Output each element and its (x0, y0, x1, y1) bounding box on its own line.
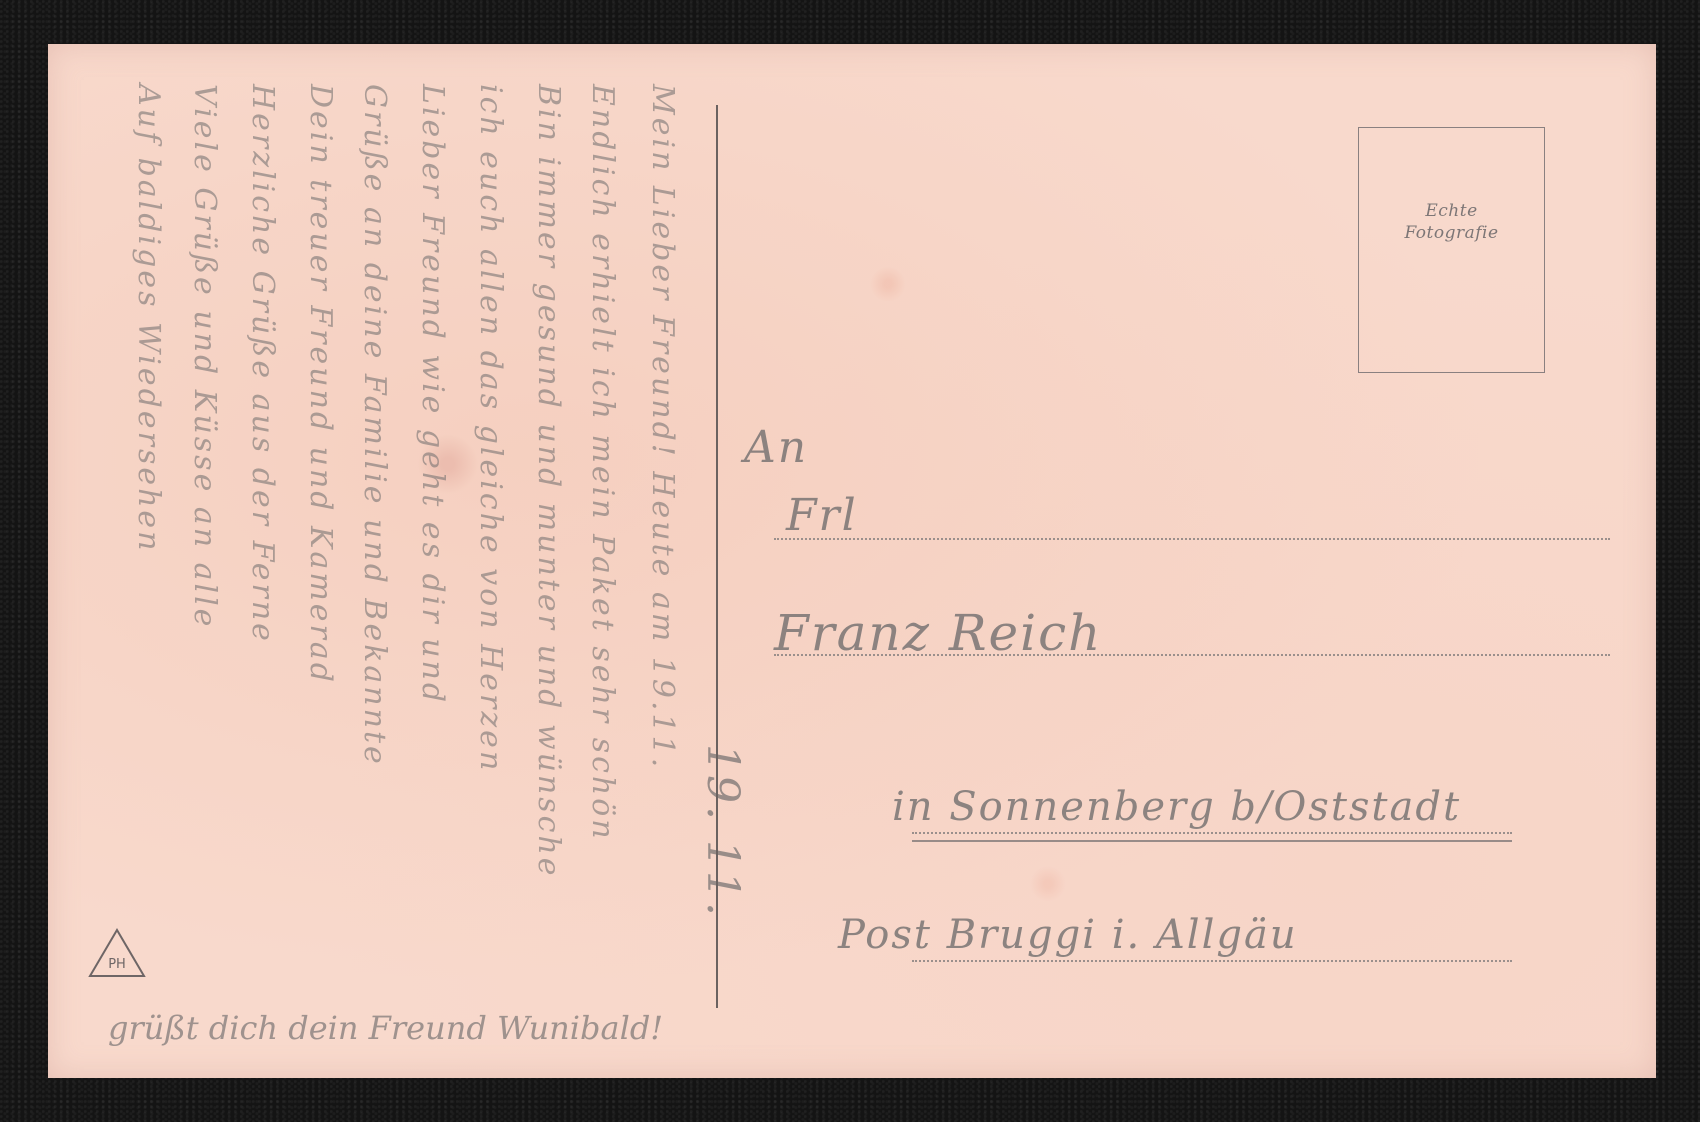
message-column: ich euch allen das gleiche von Herzen (473, 84, 508, 773)
svg-text:PH: PH (108, 957, 126, 972)
publisher-logo-icon: PH (88, 928, 146, 978)
address-recipient-name: Franz Reich (774, 604, 1102, 662)
message-column: Grüße an deine Familie und Bekannte (357, 84, 392, 767)
address-line-3 (912, 832, 1512, 834)
stamp-box: Echte Fotografie (1358, 127, 1545, 373)
message-column: Viele Grüße und Küsse an alle (187, 84, 222, 629)
address-salutation: An (744, 422, 808, 473)
message-date: 19. 11. (697, 744, 748, 919)
address-recipient-title: Frl (786, 490, 858, 541)
message-column: Mein Lieber Freund! Heute am 19.11. (645, 84, 680, 770)
postcard-back: Mein Lieber Freund! Heute am 19.11. Endl… (48, 44, 1656, 1078)
stamp-box-label: Echte Fotografie (1359, 200, 1544, 244)
message-column: Herzliche Grüße aus der Ferne (245, 84, 280, 644)
message-column: Endlich erhielt ich mein Paket sehr schö… (585, 84, 620, 842)
message-column: Dein treuer Freund und Kamerad (303, 84, 338, 685)
address-town: in Sonnenberg b/Oststadt (892, 784, 1461, 830)
message-column: Bin immer gesund und munter und wünsche (531, 84, 566, 879)
address-handwritten-underline (912, 840, 1512, 842)
address-line-4 (912, 960, 1512, 962)
message-column: Auf baldiges Wiedersehen (131, 84, 166, 554)
stamp-label-line2: Fotografie (1359, 222, 1544, 244)
address-line-1 (774, 538, 1610, 540)
message-closing: grüßt dich dein Freund Wunibald! (108, 1009, 663, 1047)
message-column: Lieber Freund wie geht es dir und (415, 84, 450, 705)
stamp-label-line1: Echte (1359, 200, 1544, 222)
divider-line (716, 105, 718, 1008)
address-post: Post Bruggi i. Allgäu (838, 912, 1298, 958)
